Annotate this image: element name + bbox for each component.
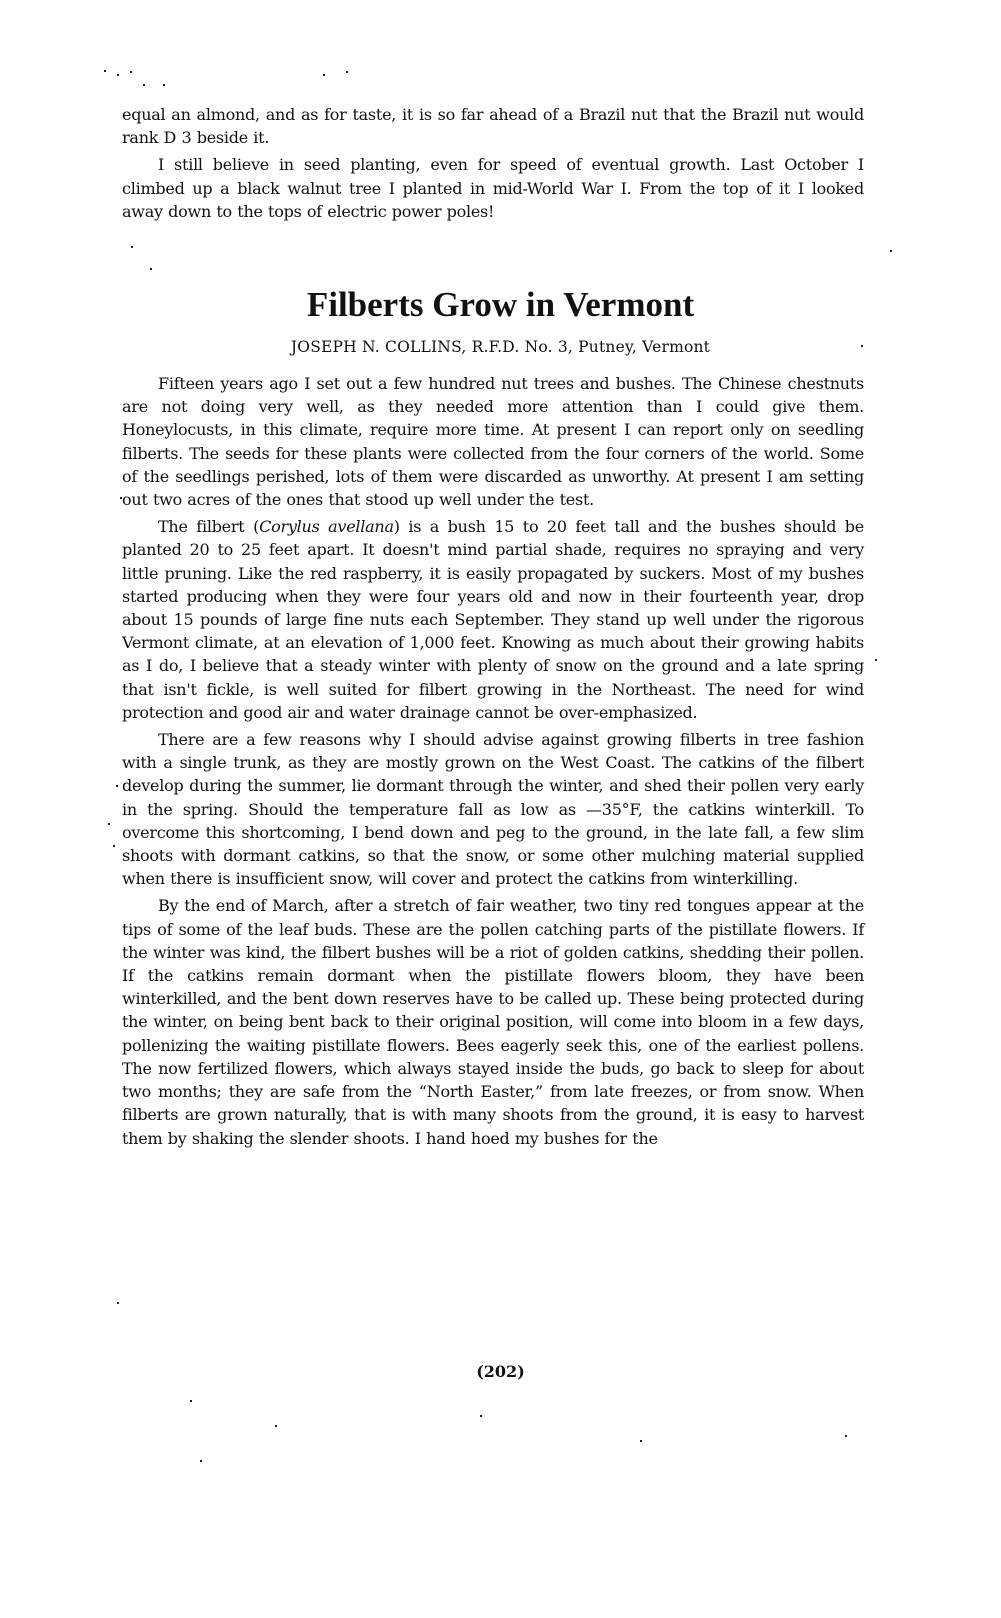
paragraph: By the end of March, after a stretch of … [122,894,864,1149]
article-body: Fifteen years ago I set out a few hundre… [122,372,864,1150]
species-name: Corylus avellana [259,517,394,536]
paragraph: Fifteen years ago I set out a few hundre… [122,372,864,511]
paragraph-text: ) is a bush 15 to 20 feet tall and the b… [122,517,864,722]
document-page: equal an almond, and as for taste, it is… [0,0,1001,1618]
page-number: (202) [0,1362,1001,1381]
paragraph-text: The filbert ( [158,517,259,536]
article-title: Filberts Grow in Vermont [0,285,1001,325]
paragraph: I still believe in seed planting, even f… [122,153,864,223]
previous-article-continuation: equal an almond, and as for taste, it is… [122,103,864,223]
paragraph: The filbert (Corylus avellana) is a bush… [122,515,864,724]
article-byline: JOSEPH N. COLLINS, R.F.D. No. 3, Putney,… [0,338,1001,356]
paragraph: equal an almond, and as for taste, it is… [122,103,864,149]
paragraph: There are a few reasons why I should adv… [122,728,864,890]
